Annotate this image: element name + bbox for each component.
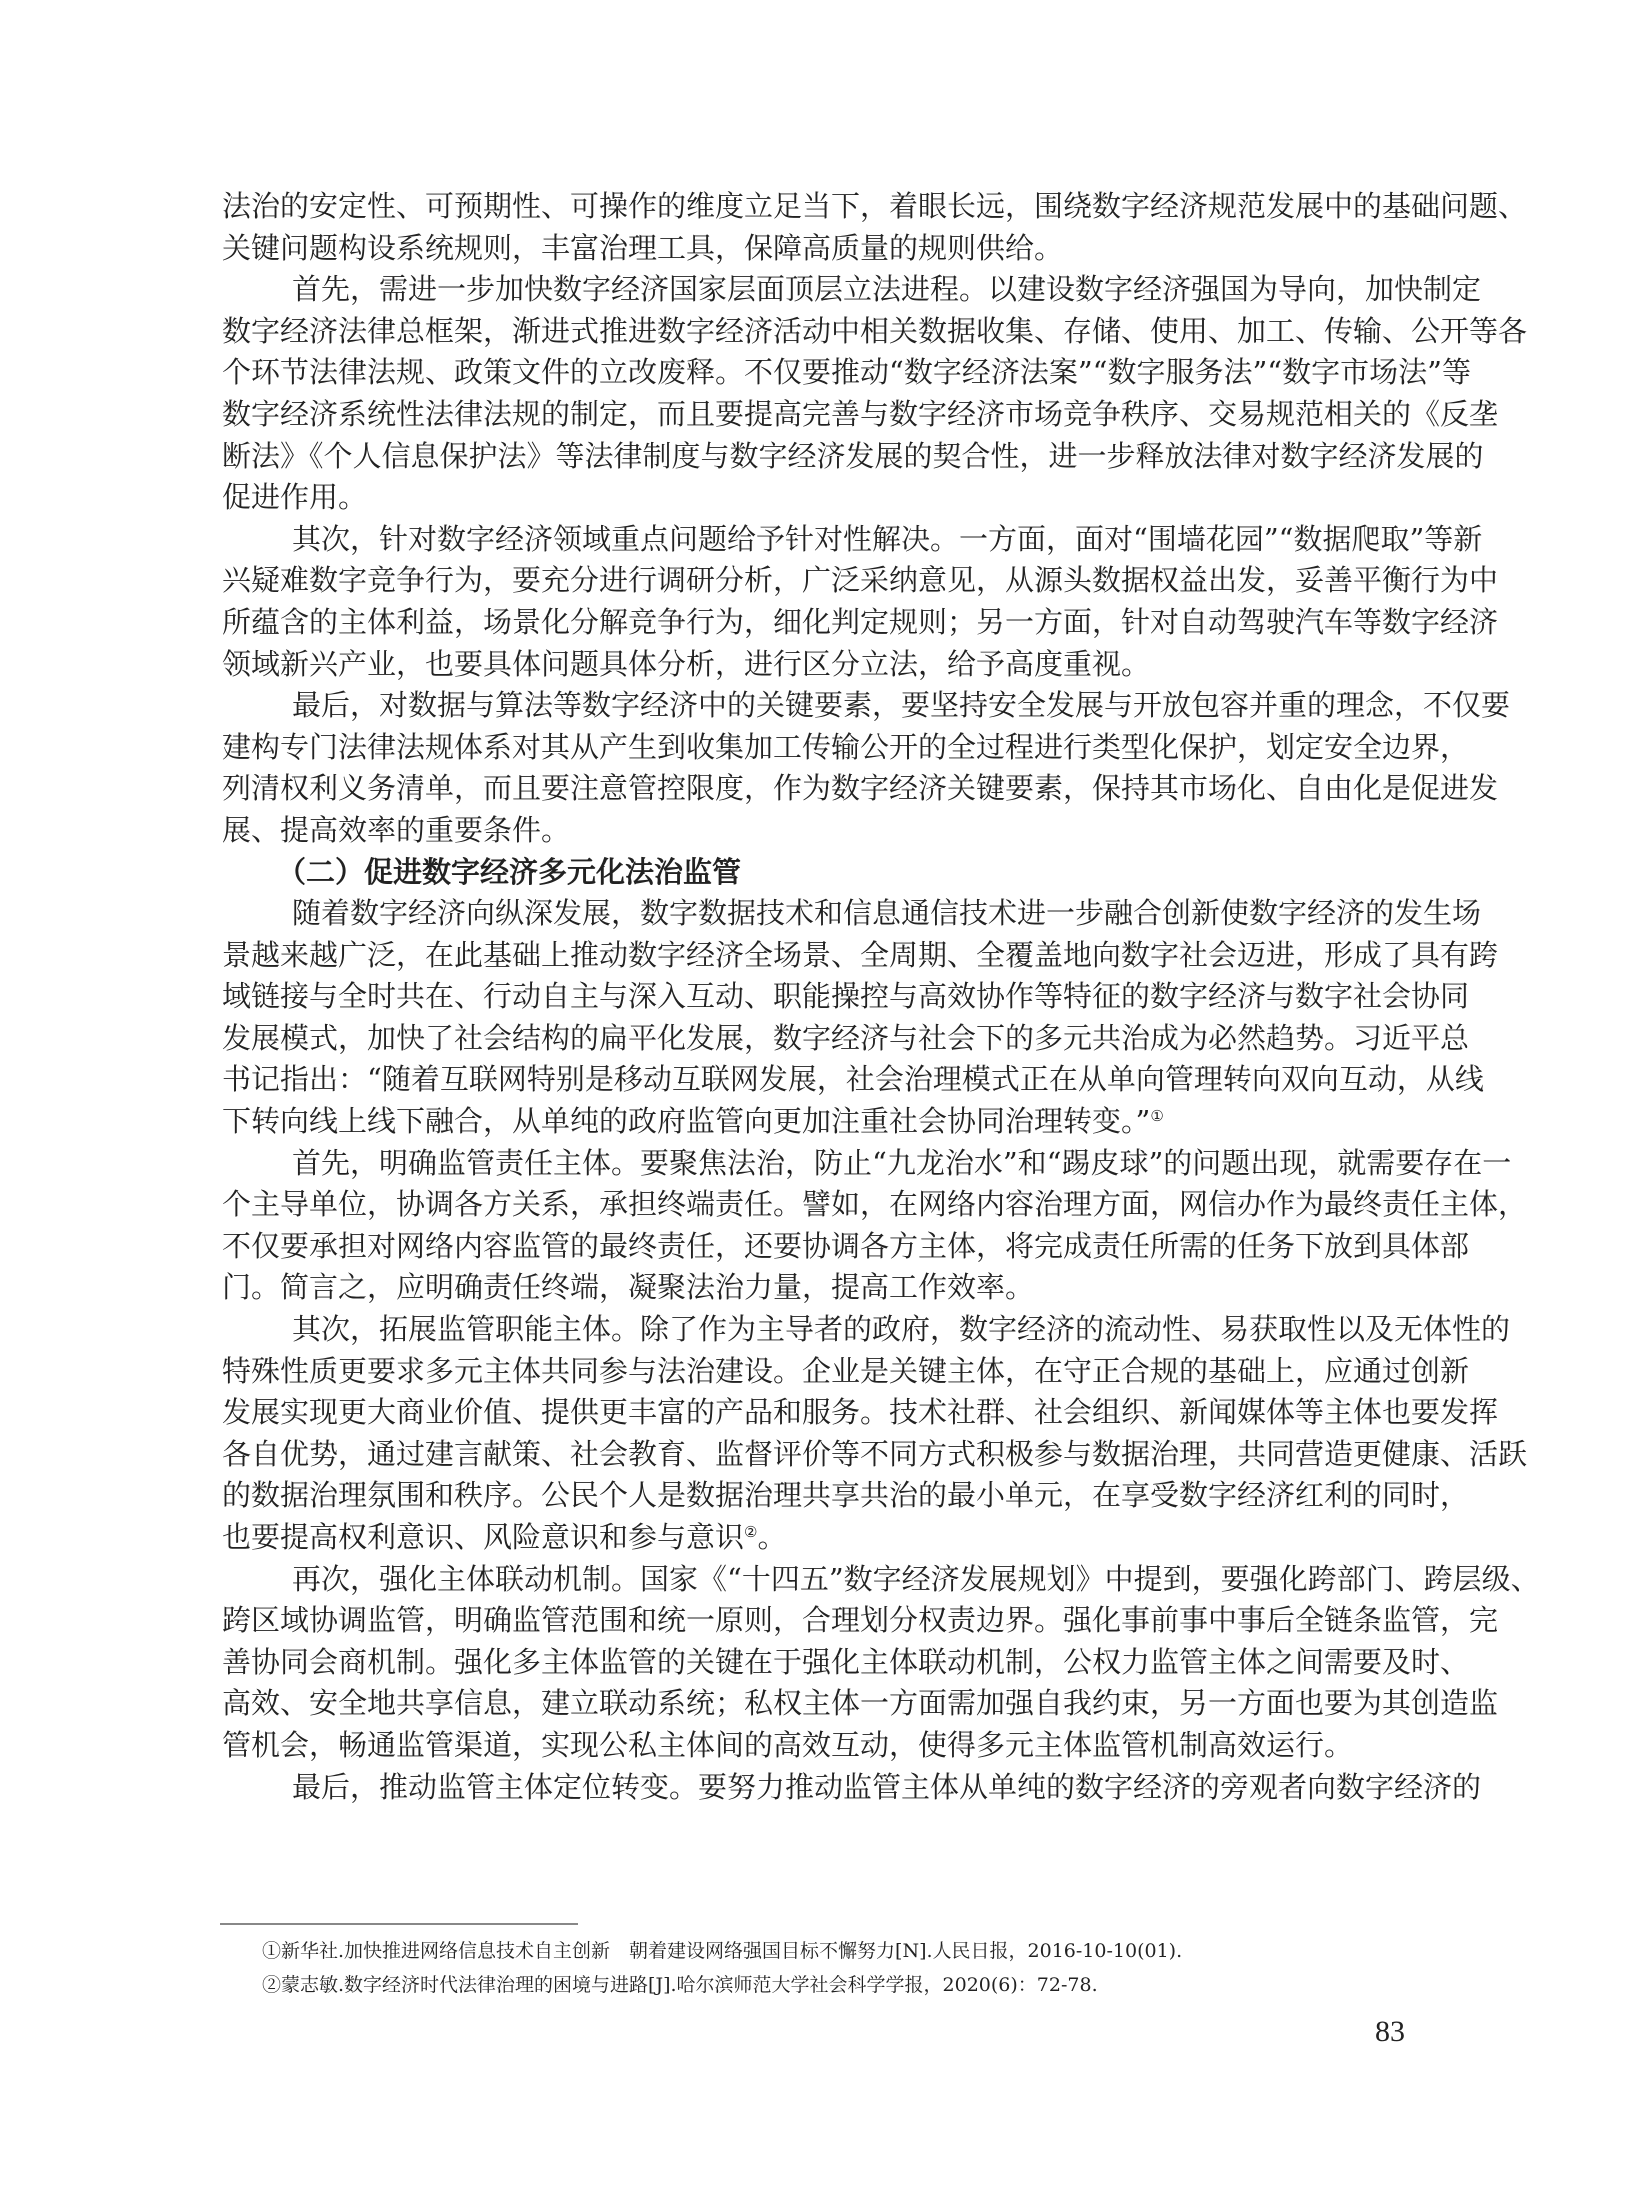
footnote-2: ②蒙志敏.数字经济时代法律治理的困境与进路[J].哈尔滨师范大学社会科学学报，2… [262, 1968, 1412, 2002]
text-line: 不仅要承担对网络内容监管的最终责任，还要协调各方主体，将完成责任所需的任务下放到… [222, 1226, 1410, 1268]
footnote-ref[interactable]: ① [1150, 1107, 1163, 1125]
text-line: 数字经济系统性法律法规的制定，而且要提高完善与数字经济市场竞争秩序、交易规范相关… [222, 394, 1410, 436]
paragraph: 再次，强化主体联动机制。国家《“十四五”数字经济发展规划》中提到，要强化跨部门、… [222, 1559, 1410, 1767]
text-line: 域链接与全时共在、行动自主与深入互动、职能操控与高效协作等特征的数字经济与数字社… [222, 976, 1410, 1018]
text-line: 法治的安定性、可预期性、可操作的维度立足当下，着眼长远，围绕数字经济规范发展中的… [222, 186, 1410, 228]
text-line: 其次，针对数字经济领域重点问题给予针对性解决。一方面，面对“围墙花园”“数据爬取… [222, 519, 1410, 561]
paragraph: 最后，对数据与算法等数字经济中的关键要素，要坚持安全发展与开放包容并重的理念，不… [222, 685, 1410, 851]
text-line: 最后，推动监管主体定位转变。要努力推动监管主体从单纯的数字经济的旁观者向数字经济… [222, 1767, 1410, 1809]
text-line: 也要提高权利意识、风险意识和参与意识②。 [222, 1517, 1410, 1559]
paragraph: 法治的安定性、可预期性、可操作的维度立足当下，着眼长远，围绕数字经济规范发展中的… [222, 186, 1410, 269]
text-line: 首先，需进一步加快数字经济国家层面顶层立法进程。以建设数字经济强国为导向，加快制… [222, 269, 1410, 311]
text-line: 关键问题构设系统规则，丰富治理工具，保障高质量的规则供给。 [222, 228, 1410, 270]
paragraph: 随着数字经济向纵深发展，数字数据技术和信息通信技术进一步融合创新使数字经济的发生… [222, 893, 1410, 1143]
text-run: 下转向线上线下融合，从单纯的政府监管向更加注重社会协同治理转变。” [222, 1104, 1150, 1138]
footnotes: ①新华社.加快推进网络信息技术自主创新 朝着建设网络强国目标不懈努力[N].人民… [262, 1934, 1412, 2002]
text-line: 跨区域协调监管，明确监管范围和统一原则，合理划分权责边界。强化事前事中事后全链条… [222, 1600, 1410, 1642]
text-line: 最后，对数据与算法等数字经济中的关键要素，要坚持安全发展与开放包容并重的理念，不… [222, 685, 1410, 727]
article-body: 法治的安定性、可预期性、可操作的维度立足当下，着眼长远，围绕数字经济规范发展中的… [222, 186, 1410, 1808]
text-line: 特殊性质更要求多元主体共同参与法治建设。企业是关键主体，在守正合规的基础上，应通… [222, 1351, 1410, 1393]
footnote-1: ①新华社.加快推进网络信息技术自主创新 朝着建设网络强国目标不懈努力[N].人民… [262, 1934, 1412, 1968]
text-line: 建构专门法律法规体系对其从产生到收集加工传输公开的全过程进行类型化保护，划定安全… [222, 727, 1410, 769]
text-line: 数字经济法律总框架，渐进式推进数字经济活动中相关数据收集、存储、使用、加工、传输… [222, 311, 1410, 353]
text-line: 书记指出：“随着互联网特别是移动互联网发展，社会治理模式正在从单向管理转向双向互… [222, 1059, 1410, 1101]
text-line: 个主导单位，协调各方关系，承担终端责任。譬如，在网络内容治理方面，网信办作为最终… [222, 1184, 1410, 1226]
text-line: 高效、安全地共享信息，建立联动系统；私权主体一方面需加强自我约束，另一方面也要为… [222, 1683, 1410, 1725]
text-line: 景越来越广泛，在此基础上推动数字经济全场景、全周期、全覆盖地向数字社会迈进，形成… [222, 935, 1410, 977]
text-line: 各自优势，通过建言献策、社会教育、监督评价等不同方式积极参与数据治理，共同营造更… [222, 1434, 1410, 1476]
text-line: 下转向线上线下融合，从单纯的政府监管向更加注重社会协同治理转变。”① [222, 1101, 1410, 1143]
text-line: 的数据治理氛围和秩序。公民个人是数据治理共享共治的最小单元，在享受数字经济红利的… [222, 1475, 1410, 1517]
paragraph: 首先，明确监管责任主体。要聚焦法治，防止“九龙治水”和“踢皮球”的问题出现，就需… [222, 1143, 1410, 1309]
paragraph: 其次，针对数字经济领域重点问题给予针对性解决。一方面，面对“围墙花园”“数据爬取… [222, 519, 1410, 685]
text-line: 领域新兴产业，也要具体问题具体分析，进行区分立法，给予高度重视。 [222, 644, 1410, 686]
text-line: 管机会，畅通监管渠道，实现公私主体间的高效互动，使得多元主体监管机制高效运行。 [222, 1725, 1410, 1767]
text-line: 列清权利义务清单，而且要注意管控限度，作为数字经济关键要素，保持其市场化、自由化… [222, 768, 1410, 810]
text-line: 个环节法律法规、政策文件的立改废释。不仅要推动“数字经济法案”“数字服务法”“数… [222, 352, 1410, 394]
text-line: 发展模式，加快了社会结构的扁平化发展，数字经济与社会下的多元共治成为必然趋势。习… [222, 1018, 1410, 1060]
section-heading: （二）促进数字经济多元化法治监管 [222, 852, 1410, 894]
text-line: 首先，明确监管责任主体。要聚焦法治，防止“九龙治水”和“踢皮球”的问题出现，就需… [222, 1143, 1410, 1185]
text-line: 其次，拓展监管职能主体。除了作为主导者的政府，数字经济的流动性、易获取性以及无体… [222, 1309, 1410, 1351]
paragraph: 首先，需进一步加快数字经济国家层面顶层立法进程。以建设数字经济强国为导向，加快制… [222, 269, 1410, 519]
footnote-separator [220, 1923, 578, 1925]
footnote-ref[interactable]: ② [744, 1523, 757, 1541]
text-line: 随着数字经济向纵深发展，数字数据技术和信息通信技术进一步融合创新使数字经济的发生… [222, 893, 1410, 935]
text-line: 善协同会商机制。强化多主体监管的关键在于强化主体联动机制，公权力监管主体之间需要… [222, 1642, 1410, 1684]
text-line: 发展实现更大商业价值、提供更丰富的产品和服务。技术社群、社会组织、新闻媒体等主体… [222, 1392, 1410, 1434]
text-line: 所蕴含的主体利益，场景化分解竞争行为，细化判定规则；另一方面，针对自动驾驶汽车等… [222, 602, 1410, 644]
text-line: 门。简言之，应明确责任终端，凝聚法治力量，提高工作效率。 [222, 1267, 1410, 1309]
paragraph: 最后，推动监管主体定位转变。要努力推动监管主体从单纯的数字经济的旁观者向数字经济… [222, 1767, 1410, 1809]
paragraph: 其次，拓展监管职能主体。除了作为主导者的政府，数字经济的流动性、易获取性以及无体… [222, 1309, 1410, 1559]
text-line: 展、提高效率的重要条件。 [222, 810, 1410, 852]
text-line: 兴疑难数字竞争行为，要充分进行调研分析，广泛采纳意见，从源头数据权益出发，妥善平… [222, 560, 1410, 602]
text-line: 促进作用。 [222, 477, 1410, 519]
page-number: 83 [1375, 2015, 1405, 2049]
text-line: 断法》《个人信息保护法》等法律制度与数字经济发展的契合性，进一步释放法律对数字经… [222, 436, 1410, 478]
text-line: 再次，强化主体联动机制。国家《“十四五”数字经济发展规划》中提到，要强化跨部门、… [222, 1559, 1410, 1601]
text-run: 。 [757, 1520, 786, 1554]
text-run: 也要提高权利意识、风险意识和参与意识 [222, 1520, 744, 1554]
